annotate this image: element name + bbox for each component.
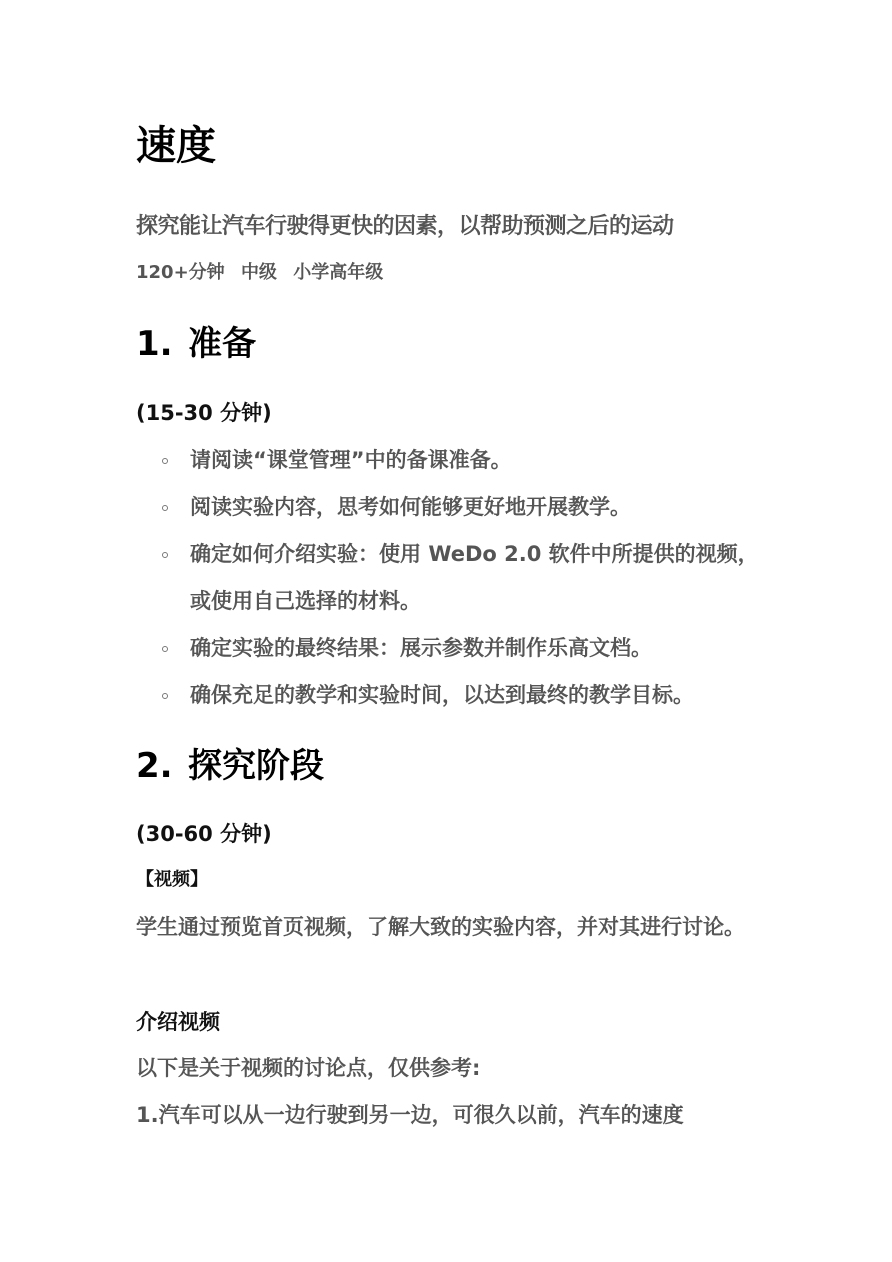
intro-video-heading: 介绍视频 bbox=[136, 1007, 220, 1037]
document-subtitle: 探究能让汽车行驶得更快的因素，以帮助预测之后的运动 bbox=[136, 211, 674, 243]
section-title: 准备 bbox=[188, 324, 256, 364]
meta-level: 中级 bbox=[241, 262, 277, 283]
section-number: 1. bbox=[136, 322, 188, 366]
list-item: 阅读实验内容，思考如何能够更好地开展教学。 bbox=[136, 484, 766, 531]
hollow-circle-bullet-icon bbox=[162, 646, 168, 652]
document-title: 速度 bbox=[136, 121, 216, 171]
hollow-circle-bullet-icon bbox=[162, 552, 168, 558]
meta-duration: 120+分钟 bbox=[136, 262, 225, 283]
list-item: 确定如何介绍实验：使用 WeDo 2.0 软件中所提供的视频，或使用自己选择的材… bbox=[136, 531, 766, 625]
discussion-point-1: 1.汽车可以从一边行驶到另一边，可很久以前，汽车的速度 bbox=[136, 1100, 684, 1130]
meta-grade: 小学高年级 bbox=[293, 262, 383, 283]
video-description: 学生通过预览首页视频，了解大致的实验内容，并对其进行讨论。 bbox=[136, 904, 766, 951]
list-item: 确定实验的最终结果：展示参数并制作乐高文档。 bbox=[136, 625, 766, 672]
video-tag: 【视频】 bbox=[136, 866, 208, 894]
section-title: 探究阶段 bbox=[188, 746, 324, 786]
discussion-intro: 以下是关于视频的讨论点，仅供参考: bbox=[136, 1053, 480, 1083]
preparation-bullet-list: 请阅读“课堂管理”中的备课准备。 阅读实验内容，思考如何能够更好地开展教学。 确… bbox=[136, 437, 766, 719]
hollow-circle-bullet-icon bbox=[162, 458, 168, 464]
lesson-meta: 120+分钟 中级 小学高年级 bbox=[136, 259, 393, 287]
list-item: 请阅读“课堂管理”中的备课准备。 bbox=[136, 437, 766, 484]
section-heading-exploration: 2.探究阶段 bbox=[136, 744, 324, 788]
list-item: 确保充足的教学和实验时间，以达到最终的教学目标。 bbox=[136, 672, 766, 719]
hollow-circle-bullet-icon bbox=[162, 505, 168, 511]
software-name: WeDo 2.0 bbox=[428, 542, 541, 566]
section-heading-preparation: 1.准备 bbox=[136, 322, 256, 366]
section-duration: (30-60 分钟) bbox=[136, 819, 272, 849]
hollow-circle-bullet-icon bbox=[162, 693, 168, 699]
section-number: 2. bbox=[136, 744, 188, 788]
section-duration: (15-30 分钟) bbox=[136, 398, 272, 428]
